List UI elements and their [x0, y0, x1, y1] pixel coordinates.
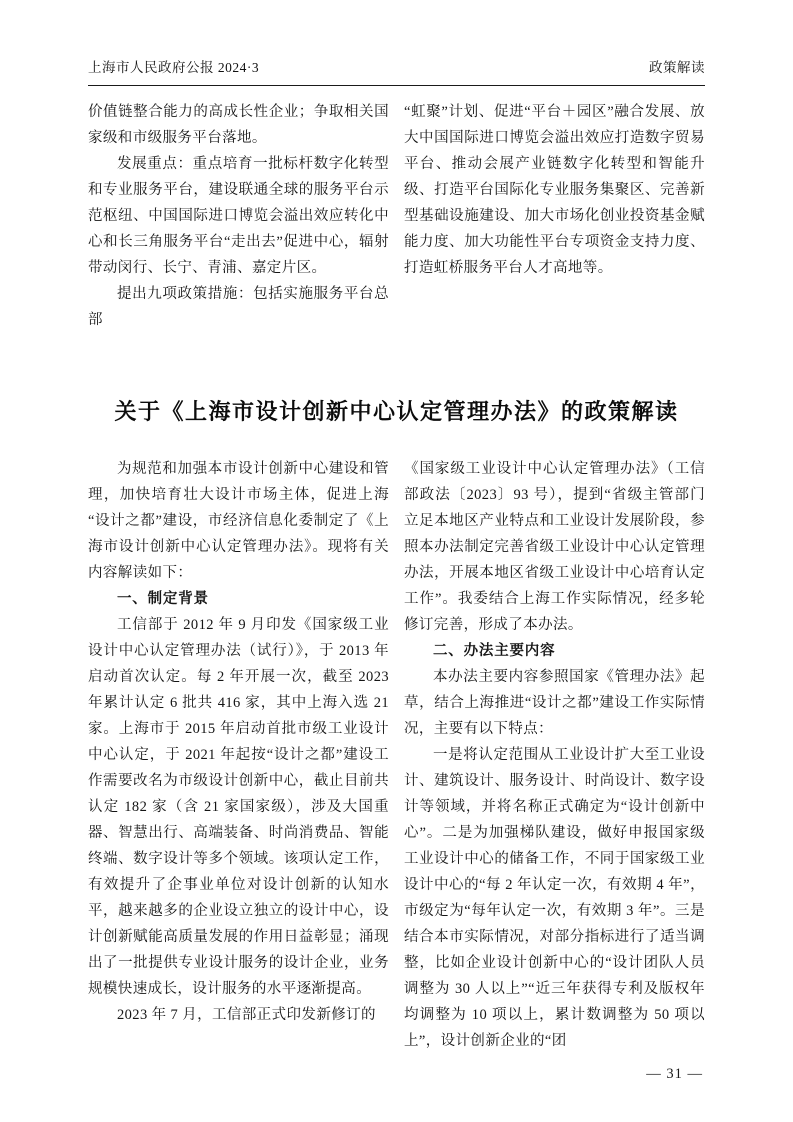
prev-left-column: 价值链整合能力的高成长性企业；争取相关国家级和市级服务平台落地。 发展重点：重点… — [88, 99, 389, 333]
paragraph: 工信部于 2012 年 9 月印发《国家级工业设计中心认定管理办法（试行）》，于… — [88, 612, 389, 1002]
paragraph: 价值链整合能力的高成长性企业；争取相关国家级和市级服务平台落地。 — [88, 99, 389, 151]
paragraph: 发展重点：重点培育一批标杆数字化转型和专业服务平台，建设联通全球的服务平台示范枢… — [88, 151, 389, 281]
paragraph: 为规范和加强本市设计创新中心建设和管理，加快培育壮大设计市场主体，促进上海“设计… — [88, 456, 389, 586]
page-number: — 31 — — [88, 1066, 705, 1083]
header-section-label: 政策解读 — [649, 56, 705, 76]
section-heading-1: 一、制定背景 — [88, 586, 389, 612]
paragraph: “虹聚”计划、促进“平台＋园区”融合发展、放大中国国际进口博览会溢出效应打造数字… — [404, 99, 705, 281]
article-right-column: 《国家级工业设计中心认定管理办法》（工信部政法〔2023〕93 号），提到“省级… — [404, 456, 705, 1054]
paragraph: 本办法主要内容参照国家《管理办法》起草，结合上海推进“设计之都”建设工作实际情况… — [404, 664, 705, 742]
header-gazette-title: 上海市人民政府公报 2024·3 — [88, 56, 259, 76]
paragraph: 一是将认定范围从工业设计扩大至工业设计、建筑设计、服务设计、时尚设计、数字设计等… — [404, 742, 705, 1054]
section-heading-2: 二、办法主要内容 — [404, 638, 705, 664]
previous-article-continuation: 价值链整合能力的高成长性企业；争取相关国家级和市级服务平台落地。 发展重点：重点… — [88, 99, 705, 333]
article-title: 关于《上海市设计创新中心认定管理办法》的政策解读 — [88, 395, 705, 426]
gazette-page: 上海市人民政府公报 2024·3 政策解读 价值链整合能力的高成长性企业；争取相… — [0, 0, 793, 1122]
article-left-column: 为规范和加强本市设计创新中心建设和管理，加快培育壮大设计市场主体，促进上海“设计… — [88, 456, 389, 1054]
paragraph: 2023 年 7 月，工信部正式印发新修订的 — [88, 1002, 389, 1028]
prev-right-column: “虹聚”计划、促进“平台＋园区”融合发展、放大中国国际进口博览会溢出效应打造数字… — [404, 99, 705, 333]
article-body: 为规范和加强本市设计创新中心建设和管理，加快培育壮大设计市场主体，促进上海“设计… — [88, 456, 705, 1054]
page-header: 上海市人民政府公报 2024·3 政策解读 — [88, 56, 705, 76]
paragraph: 提出九项政策措施：包括实施服务平台总部 — [88, 281, 389, 333]
header-divider — [88, 85, 705, 86]
paragraph: 《国家级工业设计中心认定管理办法》（工信部政法〔2023〕93 号），提到“省级… — [404, 456, 705, 638]
